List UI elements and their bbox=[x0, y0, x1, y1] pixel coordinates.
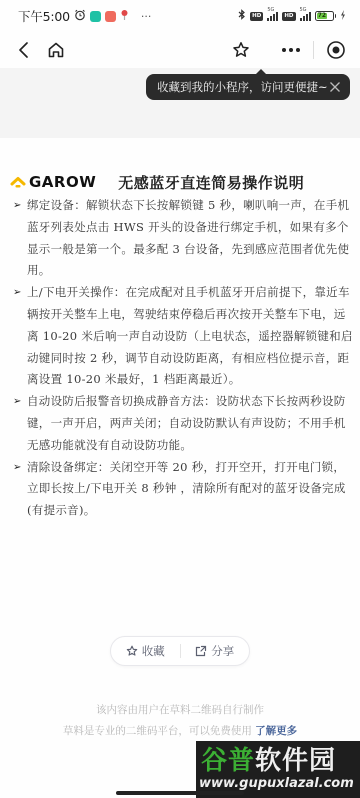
document-header: GAROW 无感蓝牙直连简易操作说明 bbox=[10, 170, 355, 194]
favorite-button[interactable] bbox=[227, 36, 255, 64]
signal-icon-2: 5G bbox=[300, 11, 311, 21]
hd-badge-2: HD bbox=[282, 12, 295, 21]
target-circle-icon bbox=[326, 40, 346, 60]
instruction-item: ➢ 自动设防后报警音切换成静音方法：设防状态下长按两秒设防键，一声开启，两声关闭… bbox=[10, 391, 355, 456]
arrow-bullet-icon: ➢ bbox=[13, 282, 22, 304]
learn-more-link[interactable]: 了解更多 bbox=[255, 725, 297, 737]
footer-creator-note: 该内容由用户在草料二维码自行制作 bbox=[0, 700, 360, 721]
signal-icon-1: 5G bbox=[267, 11, 278, 21]
arrow-bullet-icon: ➢ bbox=[13, 457, 22, 479]
nav-bar bbox=[0, 32, 360, 68]
tooltip-text: 收藏到我的小程序，访问更便捷~ bbox=[157, 79, 328, 95]
logo-text: GAROW bbox=[29, 173, 96, 191]
screen: 下午5:00 ··· HD 5G HD 5G bbox=[0, 0, 360, 798]
favorite-action-label: 收藏 bbox=[142, 643, 165, 659]
bluetooth-icon bbox=[238, 9, 246, 23]
footer-platform-note: 草料是专业的二维码平台，可以免费使用 了解更多 bbox=[0, 721, 360, 742]
close-miniprogram-button[interactable] bbox=[322, 36, 350, 64]
instruction-list: ➢ 绑定设备：解锁状态下长按解锁键 5 秒，喇叭响一声，在手机蓝牙列表处点击 H… bbox=[10, 195, 355, 522]
document-title: 无感蓝牙直连简易操作说明 bbox=[118, 172, 304, 193]
footer: 该内容由用户在草料二维码自行制作 草料是专业的二维码平台，可以免费使用 了解更多 bbox=[0, 700, 360, 742]
status-time: 下午5:00 bbox=[18, 7, 70, 25]
home-indicator[interactable] bbox=[116, 791, 244, 795]
garow-logo-icon bbox=[10, 176, 26, 188]
instruction-item: ➢ 绑定设备：解锁状态下长按解锁键 5 秒，喇叭响一声，在手机蓝牙列表处点击 H… bbox=[10, 195, 355, 282]
add-to-miniprogram-tooltip: 收藏到我的小程序，访问更便捷~ bbox=[146, 74, 350, 100]
battery-icon: 72 bbox=[315, 11, 337, 21]
action-pill: 收藏 分享 bbox=[110, 636, 250, 666]
arrow-bullet-icon: ➢ bbox=[13, 391, 22, 413]
alarm-icon bbox=[74, 9, 86, 24]
nav-divider bbox=[313, 41, 314, 59]
more-button[interactable] bbox=[277, 36, 305, 64]
app-notification-icon-teal bbox=[90, 11, 101, 22]
close-icon bbox=[328, 80, 342, 94]
garow-logo: GAROW bbox=[10, 173, 96, 191]
site-watermark: 谷普软件园 www.gupuxlazal.com bbox=[196, 741, 360, 798]
share-action-button[interactable]: 分享 bbox=[181, 637, 250, 665]
app-notification-icon-red bbox=[105, 11, 116, 22]
arrow-bullet-icon: ➢ bbox=[13, 195, 22, 217]
share-icon bbox=[195, 645, 207, 657]
instruction-item: ➢ 清除设备绑定：关闭空开等 20 秒，打开空开，打开电门锁，立即长按上/下电开… bbox=[10, 457, 355, 522]
more-dots-icon bbox=[281, 47, 301, 53]
star-outline-icon bbox=[126, 645, 138, 657]
star-icon bbox=[232, 41, 250, 59]
location-pin-icon bbox=[120, 9, 129, 24]
document-content: GAROW 无感蓝牙直连简易操作说明 ➢ 绑定设备：解锁状态下长按解锁键 5 秒… bbox=[10, 170, 355, 522]
more-notifications-icon: ··· bbox=[141, 10, 152, 23]
share-action-label: 分享 bbox=[211, 643, 234, 659]
favorite-action-button[interactable]: 收藏 bbox=[111, 637, 180, 665]
chevron-left-icon bbox=[17, 41, 31, 59]
hd-badge-1: HD bbox=[250, 12, 263, 21]
back-button[interactable] bbox=[10, 36, 38, 64]
status-bar: 下午5:00 ··· HD 5G HD 5G bbox=[0, 0, 360, 32]
charging-icon bbox=[340, 10, 346, 23]
home-button[interactable] bbox=[42, 36, 70, 64]
instruction-item: ➢ 上/下电开关操作：在完成配对且手机蓝牙开启前提下，靠近车辆按开关整车上电，驾… bbox=[10, 282, 355, 391]
home-icon bbox=[47, 41, 65, 59]
tooltip-close-button[interactable] bbox=[328, 80, 342, 94]
watermark-url: www.gupuxlazal.com bbox=[196, 776, 360, 791]
